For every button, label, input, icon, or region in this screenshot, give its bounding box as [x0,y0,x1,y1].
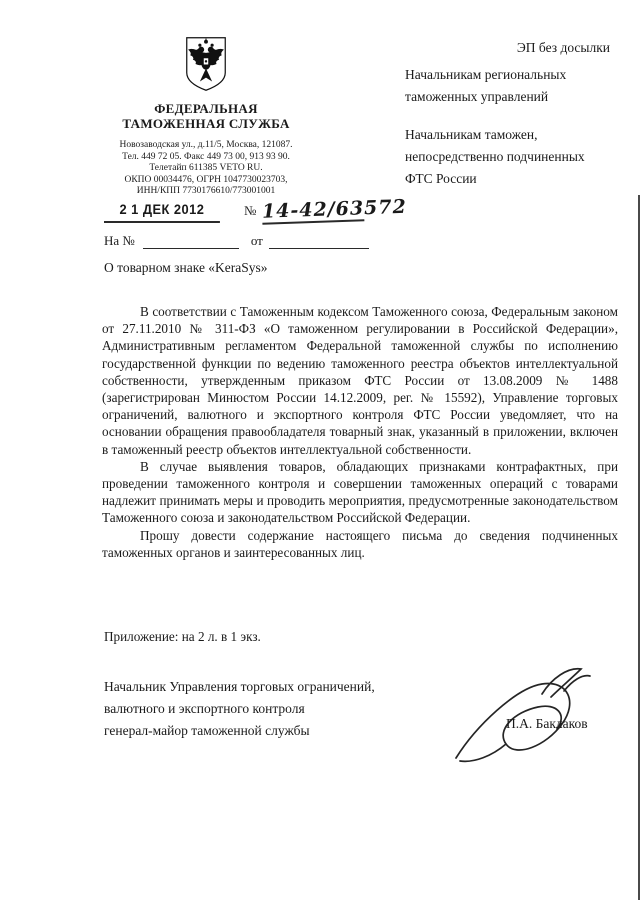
org-inn-kpp: ИНН/КПП 7730176610/773001001 [100,186,312,198]
org-phone-fax: Тел. 449 72 05. Факс 449 73 00, 913 93 9… [100,152,312,164]
org-address: Новозаводская ул., д.11/5, Москва, 12108… [100,140,312,152]
signer-position-line1: Начальник Управления торговых ограничени… [104,676,375,698]
outgoing-number-handwritten: 14-42/63572 [262,197,365,225]
ref-number-label: На № [104,233,135,248]
signer-position-line3: генерал-майор таможенной службы [104,720,375,742]
russian-coat-of-arms-icon [184,36,228,92]
ref-date-blank [269,234,369,249]
org-okpo-ogrn: ОКПО 00034476, ОГРН 1047730023703, [100,175,312,187]
signer-position: Начальник Управления торговых ограничени… [104,676,375,742]
org-teletype: Телетайп 611385 VETO RU. [100,163,312,175]
reference-row: На №от [104,233,369,249]
letter-page: ЭП без досылки [0,0,640,900]
org-contacts: Новозаводская ул., д.11/5, Москва, 12108… [100,140,312,198]
ep-no-forwarding-note: ЭП без досылки [517,40,610,56]
org-name: ФЕДЕРАЛЬНАЯ ТАМОЖЕННАЯ СЛУЖБА [100,101,312,131]
body-paragraph-1: В соответствии с Таможенным кодексом Там… [102,303,618,458]
recipient-regional-customs: Начальникам региональных таможенных упра… [405,64,585,108]
org-name-line2: ТАМОЖЕННАЯ СЛУЖБА [100,116,312,131]
ref-number-blank [143,234,239,249]
signer-position-line2: валютного и экспортного контроля [104,698,375,720]
body-paragraph-2: В случае выявления товаров, обладающих п… [102,458,618,527]
body-paragraph-3: Прошу довести содержание настоящего пись… [102,527,618,561]
ref-from-label: от [251,233,263,248]
letterhead: ФЕДЕРАЛЬНАЯ ТАМОЖЕННАЯ СЛУЖБА Новозаводс… [100,36,312,198]
recipients: Начальникам региональных таможенных упра… [405,64,585,190]
registration-row: 2 1 ДЕК 2012№14-42/63572 [104,199,364,223]
org-name-line1: ФЕДЕРАЛЬНАЯ [100,101,312,116]
letter-body: В соответствии с Таможенным кодексом Там… [102,303,618,561]
date-stamp: 2 1 ДЕК 2012 [104,201,220,223]
recipient-directly-subordinate-customs: Начальникам таможен, непосредственно под… [405,124,585,190]
signer-name: П.А. Баклаков [506,716,588,732]
subject-line: О товарном знаке «KeraSys» [104,260,268,276]
number-sign: № [244,203,256,223]
attachment-note: Приложение: на 2 л. в 1 экз. [104,629,261,645]
